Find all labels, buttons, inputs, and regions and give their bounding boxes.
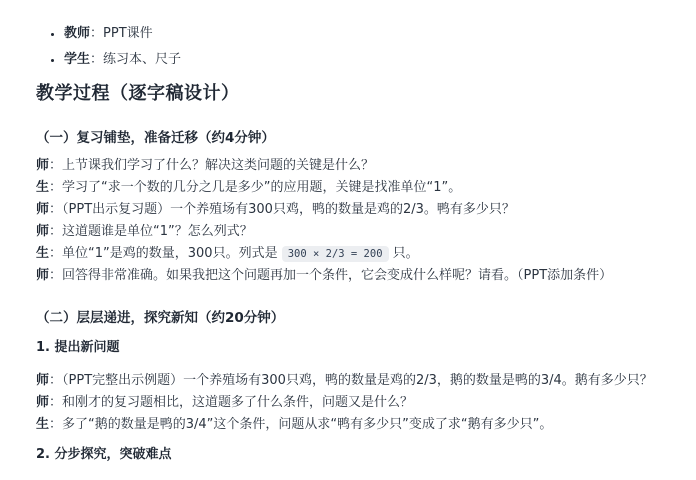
list-item-text: ：练习本、尺子 (90, 52, 181, 67)
section: （二）层层递进，探究新知（约20分钟）1. 提出新问题师：（PPT完整出示例题）… (36, 307, 658, 466)
speaker-label: 生 (36, 246, 49, 261)
speaker-label: 生 (36, 180, 49, 195)
section: （一）复习铺垫，准备迁移（约4分钟）师：上节课我们学习了什么？解决这类问题的关键… (36, 127, 658, 287)
list-item-text: ：PPT课件 (90, 26, 153, 41)
section-title: （二）层层递进，探究新知（约20分钟） (36, 307, 658, 329)
subheading: 2. 分步探究，突破难点 (36, 444, 658, 466)
speaker-label: 师 (36, 202, 49, 217)
lesson-plan-document: 教师：PPT课件学生：练习本、尺子 教学过程（逐字稿设计） （一）复习铺垫，准备… (0, 0, 696, 480)
dialog-line: 生：多了“鹅的数量是鸭的3/4”这个条件，问题从求“鸭有多少只”变成了求“鹅有多… (36, 414, 658, 436)
inline-code-formula: 300 × 2/3 = 200 (282, 246, 389, 262)
dialog-text: ：回答得非常准确。如果我把这个问题再加一个条件，它会变成什么样呢？请看。（PPT… (49, 268, 612, 283)
dialog-text: ：这道题谁是单位“1”？怎么列式？ (49, 224, 253, 239)
speaker-label: 生 (36, 417, 49, 432)
dialog-line: 生：学习了“求一个数的几分之几是多少”的应用题，关键是找准单位“1”。 (36, 177, 658, 199)
speaker-label: 师 (36, 158, 49, 173)
speaker-label: 师 (36, 395, 49, 410)
list-item: 教师：PPT课件 (64, 23, 658, 45)
dialog-text: ：（PPT完整出示例题）一个养殖场有300只鸡，鸭的数量是鸡的2/3，鹅的数量是… (49, 373, 653, 388)
speaker-label: 师 (36, 224, 49, 239)
dialog-text: ：上节课我们学习了什么？解决这类问题的关键是什么？ (49, 158, 374, 173)
dialog-text: ：单位“1”是鸡的数量，300只。列式是 (49, 246, 282, 261)
dialog-text: ：和刚才的复习题相比，这道题多了什么条件，问题又是什么？ (49, 395, 413, 410)
dialog-text: 只。 (389, 246, 419, 261)
dialog-line: 生：单位“1”是鸡的数量，300只。列式是 300 × 2/3 = 200 只。 (36, 243, 658, 265)
speaker-label: 师 (36, 268, 49, 283)
sections: （一）复习铺垫，准备迁移（约4分钟）师：上节课我们学习了什么？解决这类问题的关键… (36, 127, 658, 466)
dialog-text: ：多了“鹅的数量是鸭的3/4”这个条件，问题从求“鸭有多少只”变成了求“鹅有多少… (49, 417, 552, 432)
list-item-label: 教师 (64, 26, 90, 41)
list-item-label: 学生 (64, 52, 90, 67)
dialog-line: 师：回答得非常准确。如果我把这个问题再加一个条件，它会变成什么样呢？请看。（PP… (36, 265, 658, 287)
section-title: （一）复习铺垫，准备迁移（约4分钟） (36, 127, 658, 149)
speaker-label: 师 (36, 373, 49, 388)
dialog-line: 师：（PPT完整出示例题）一个养殖场有300只鸡，鸭的数量是鸡的2/3，鹅的数量… (36, 370, 658, 392)
dialog-line: 师：和刚才的复习题相比，这道题多了什么条件，问题又是什么？ (36, 392, 658, 414)
subheading: 1. 提出新问题 (36, 337, 658, 359)
dialog-line: 师：这道题谁是单位“1”？怎么列式？ (36, 221, 658, 243)
prep-list: 教师：PPT课件学生：练习本、尺子 (36, 23, 658, 71)
page-title: 教学过程（逐字稿设计） (36, 81, 658, 107)
dialog-text: ：学习了“求一个数的几分之几是多少”的应用题，关键是找准单位“1”。 (49, 180, 461, 195)
dialog-text: ：（PPT出示复习题）一个养殖场有300只鸡，鸭的数量是鸡的2/3。鸭有多少只？ (49, 202, 515, 217)
dialog-line: 师：上节课我们学习了什么？解决这类问题的关键是什么？ (36, 155, 658, 177)
dialog-line: 师：（PPT出示复习题）一个养殖场有300只鸡，鸭的数量是鸡的2/3。鸭有多少只… (36, 199, 658, 221)
list-item: 学生：练习本、尺子 (64, 49, 658, 71)
